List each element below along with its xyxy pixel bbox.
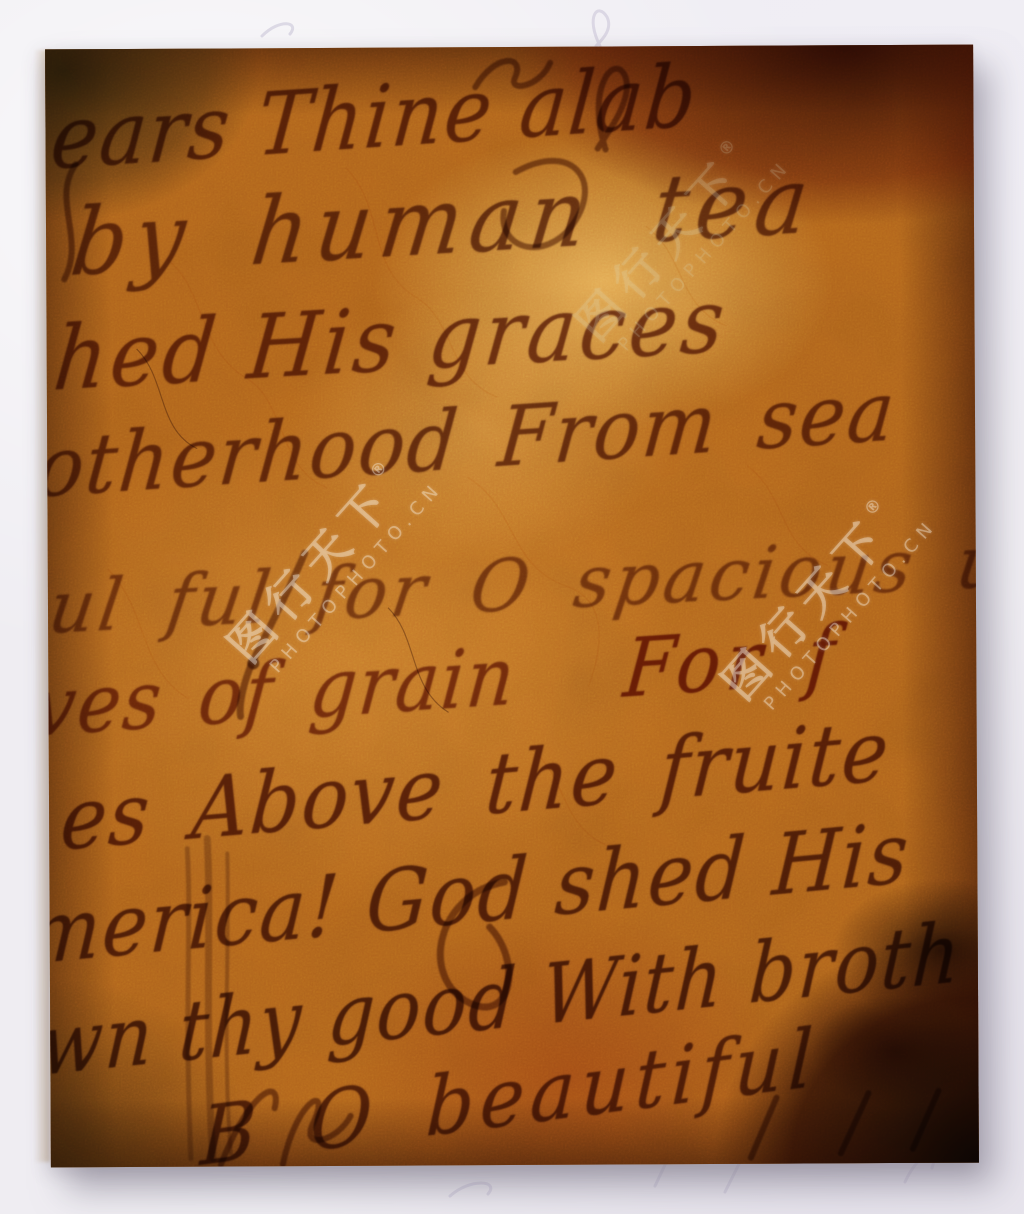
parchment-paper: ears Thine alab by human tea hed His gra… [45,45,979,1168]
photo-backdrop: ears Thine alab by human tea hed His gra… [0,0,1024,1214]
